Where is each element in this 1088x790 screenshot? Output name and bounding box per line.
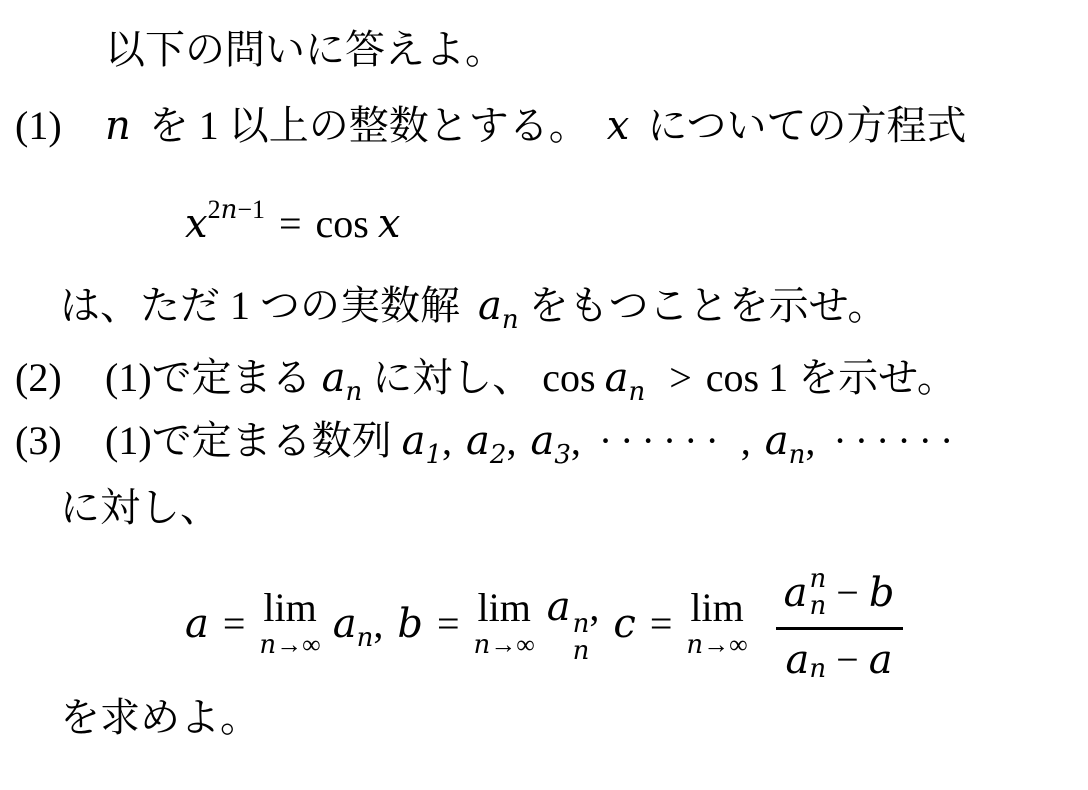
lim-subscript: n→∞ [259, 631, 320, 660]
part1-label: (1) [15, 102, 105, 150]
intro-line: 以下の問いに答えよ。 [105, 26, 1068, 74]
part1-line: (1)n を 1 以上の整数とする。 x についての方程式 [15, 102, 1068, 150]
a-base: a [478, 283, 502, 329]
intro-text: 以下の問いに答えよ。 [105, 27, 505, 72]
eq2-equals: = [650, 600, 673, 648]
part3-label: (3) [15, 417, 105, 465]
a-base: a [765, 418, 789, 464]
part1c-text-3: をもつことを示せ。 [529, 283, 888, 328]
math-var-a-3: a3 [530, 418, 570, 464]
math-var-n: n [105, 103, 131, 149]
lim-var-n: n [686, 630, 703, 660]
fraction: ann−b an−a [774, 566, 905, 682]
fraction-denominator: an−a [776, 627, 903, 682]
a-base: a [605, 355, 629, 401]
equation-1: x2n−1=cosx [185, 200, 1068, 248]
a-sub: n [573, 638, 590, 665]
math-var-a-n: an [605, 355, 646, 401]
lim-subscript: n→∞ [474, 631, 535, 660]
ellipsis-dots: ······ [833, 418, 961, 463]
math-var-a-1: a1 [402, 418, 442, 464]
part2-text-2: に対し、 [372, 355, 532, 400]
part3-line: (3)(1)で定まる数列 a1, a2, a3, ······ , an, ··… [15, 417, 1068, 465]
math-var-a-n: an [765, 418, 806, 464]
var-a: a [869, 638, 893, 682]
part1c-text-2: つの実数解 [260, 283, 460, 328]
a-base: a [333, 601, 357, 647]
lim-arrow-infinity: →∞ [276, 630, 321, 659]
limit-operator: limn→∞ [686, 588, 747, 660]
part1-text-3: についての方程式 [647, 103, 966, 148]
a-base: a [402, 418, 426, 464]
part3-continuation-line: に対し、 [60, 484, 1068, 532]
minus-sign: − [836, 638, 859, 682]
sup-sub-stack: nn [810, 566, 827, 621]
part1-text-1: を [149, 103, 189, 148]
eq1-equals: = [279, 201, 302, 246]
part1-continuation-line: は、ただ 1 つの実数解 an をもつことを示せ。 [60, 282, 1068, 330]
part2-label: (2) [15, 354, 105, 402]
limit-operator: limn→∞ [474, 588, 535, 660]
a-sub: 3 [554, 440, 571, 470]
a-base: a [547, 584, 571, 630]
eq2-equals: = [437, 600, 460, 648]
eq1-lhs-base: x [185, 201, 208, 247]
comma: , [589, 584, 599, 629]
eq1-exponent: 2n−1 [208, 195, 265, 224]
eq1-rhs-var: x [378, 201, 401, 247]
math-var-a-n: an [322, 355, 363, 401]
lim-word: lim [477, 588, 530, 628]
a-base: a [530, 418, 554, 464]
part2-cos-2: cos [706, 355, 759, 400]
part2-greater-than: > [669, 355, 692, 400]
var-b: b [869, 571, 895, 615]
part2-num: 1 [768, 355, 788, 400]
lim-arrow-infinity: →∞ [490, 630, 535, 659]
a-sub: n [357, 623, 374, 653]
sup-sub-stack: nn [573, 611, 590, 666]
a-base: a [466, 418, 490, 464]
lim-var-n: n [259, 630, 276, 660]
eq2-var-b: b [397, 600, 423, 648]
comma: , [741, 418, 751, 463]
a-sub: n [810, 593, 827, 620]
lim-word: lim [690, 588, 743, 628]
eq1-exp-tail: −1 [237, 195, 265, 224]
minus-sign: − [836, 571, 859, 615]
equation-2: a = limn→∞ an, b = limn→∞ ann, c = limn→… [185, 566, 1068, 682]
a-sub: n [628, 377, 645, 407]
part1-text-2: 以上の整数とする。 [229, 103, 589, 148]
a-sub: 1 [426, 440, 443, 470]
part3c-text: に対し、 [60, 485, 220, 530]
comma: , [805, 418, 815, 463]
ellipsis-dots: ······ [599, 418, 727, 463]
a-sub: n [346, 377, 363, 407]
part3-text-1: (1)で定まる数列 [105, 418, 392, 463]
eq1-exp-var: n [221, 195, 238, 225]
lim-subscript: n→∞ [686, 631, 747, 660]
a-sup: n [573, 611, 590, 638]
a-sup: n [810, 566, 827, 593]
a-sub: 2 [490, 440, 507, 470]
eq2-var-a: a [185, 600, 209, 648]
outro-text: を求めよ。 [60, 695, 260, 740]
comma: , [373, 601, 383, 646]
math-problem-document: 以下の問いに答えよ。 (1)n を 1 以上の整数とする。 x についての方程式… [0, 0, 1088, 790]
part1-num-1: 1 [199, 103, 219, 148]
eq1-cos: cos [316, 201, 369, 246]
part2-line: (2)(1)で定まる an に対し、 cosan >cos1 を示せ。 [15, 354, 1068, 402]
comma: , [506, 418, 516, 463]
limit-operator: limn→∞ [259, 588, 320, 660]
a-base: a [784, 571, 808, 615]
a-sub: n [789, 440, 806, 470]
part2-text-3: を示せ。 [798, 355, 957, 400]
comma: , [442, 418, 452, 463]
math-var-a-2: a2 [466, 418, 506, 464]
fraction-numerator: ann−b [774, 566, 905, 627]
eq2-equals: = [223, 600, 246, 648]
a-sub: n [502, 305, 519, 335]
outro-line: を求めよ。 [60, 694, 1068, 742]
comma: , [571, 418, 581, 463]
part2-text-1: (1)で定まる [105, 355, 312, 400]
a-base: a [786, 638, 810, 682]
eq2-term-an: an, [333, 600, 384, 648]
lim-var-n: n [474, 630, 491, 660]
a-base: a [322, 355, 346, 401]
math-var-x: x [607, 103, 630, 149]
math-var-a-n: an [478, 283, 519, 329]
eq2-var-c: c [613, 600, 635, 648]
eq1-exp-coef: 2 [208, 195, 221, 224]
part1c-text-1: は、ただ [60, 283, 220, 328]
part1c-num: 1 [230, 283, 250, 328]
eq2-term-an-pow-n: ann, [547, 583, 600, 666]
lim-arrow-infinity: →∞ [703, 630, 748, 659]
lim-word: lim [263, 588, 316, 628]
part2-cos-1: cos [542, 355, 595, 400]
